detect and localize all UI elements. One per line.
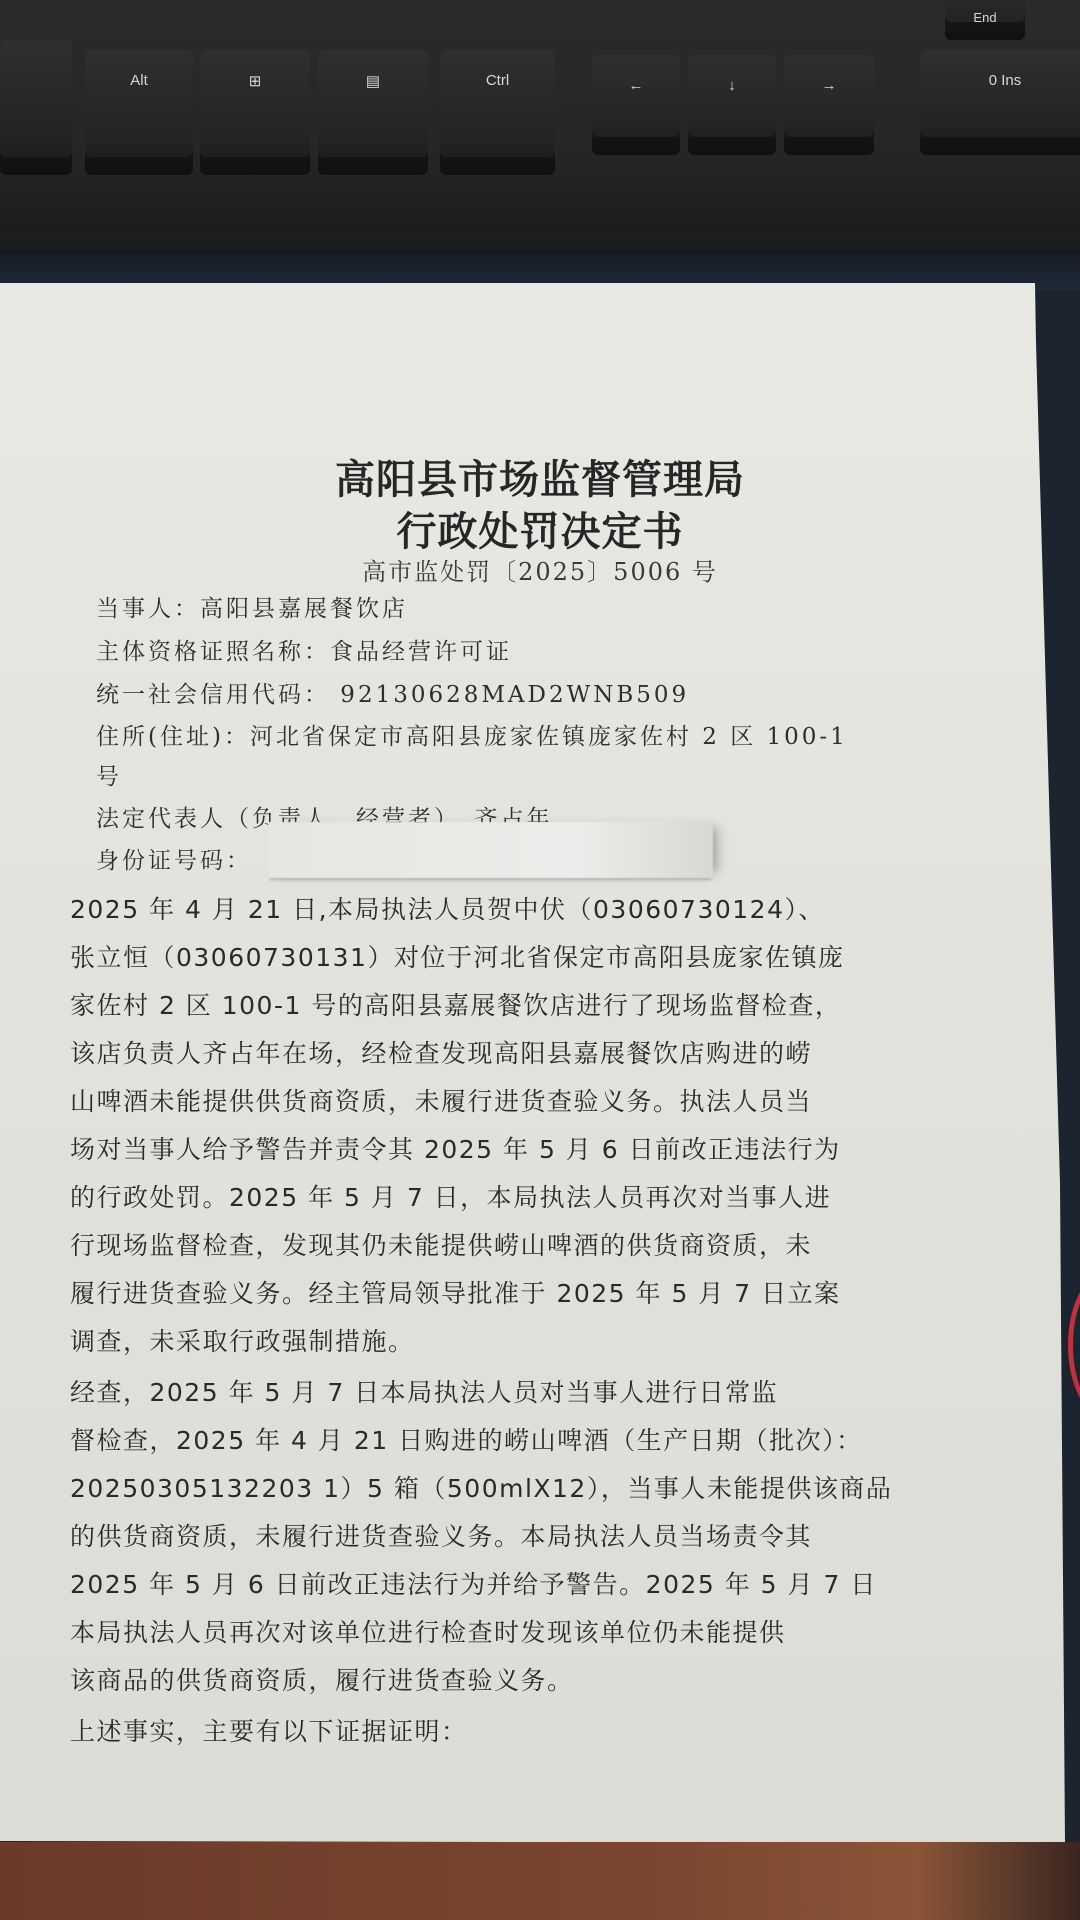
text-line: 行现场监督检查，发现其仍未能提供崂山啤酒的供货商资质，未 (70, 1226, 812, 1262)
key-menu: ▤ (318, 50, 428, 175)
key-arrow-right: → (784, 55, 874, 155)
text-line: 本局执法人员再次对该单位进行检查时发现该单位仍未能提供 (70, 1613, 786, 1649)
text-line: 督检查，2025 年 4 月 21 日购进的崂山啤酒（生产日期（批次）： (70, 1421, 863, 1457)
document-number: 高市监处罚〔2025〕5006 号 (0, 552, 1080, 587)
keyboard: End Alt ⊞ ▤ Ctrl ← ↓ → 0 Ins (0, 0, 1080, 250)
key-arrow-down: ↓ (688, 55, 776, 155)
text-line: 的供货商资质，未履行进货查验义务。本局执法人员当场责令其 (70, 1517, 812, 1553)
text-line: 张立恒（03060730131）对位于河北省保定市高阳县庞家佐镇庞 (70, 938, 844, 974)
field-license-name: 主体资格证照名称：食品经营许可证 (96, 633, 512, 666)
key-windows: ⊞ (200, 50, 310, 175)
key-end: End (945, 0, 1025, 40)
text-line: 该商品的供货商资质，履行进货查验义务。 (70, 1661, 574, 1697)
field-address-cont: 号 (96, 758, 122, 791)
red-seal-stamp-partial (1068, 1275, 1080, 1415)
field-credit-code: 统一社会信用代码： 92130628MAD2WNB509 (96, 676, 689, 709)
text-line: 山啤酒未能提供供货商资质，未履行进货查验义务。执法人员当 (70, 1082, 812, 1118)
paragraph-evidence-intro: 上述事实，主要有以下证据证明： (70, 1712, 468, 1748)
text-line: 的行政处罚。2025 年 5 月 7 日，本局执法人员再次对当事人进 (70, 1178, 831, 1214)
field-party: 当事人：高阳县嘉展餐饮店 (96, 590, 408, 623)
field-id-number-label: 身份证号码： (96, 842, 252, 875)
text-line: 场对当事人给予警告并责令其 2025 年 5 月 6 日前改正违法行为 (70, 1130, 841, 1166)
document-title: 行政处罚决定书 (0, 500, 1080, 557)
text-line: 20250305132203 1）5 箱（500mlX12），当事人未能提供该商… (70, 1469, 892, 1505)
key-arrow-left: ← (592, 55, 680, 155)
text-line: 经查，2025 年 5 月 7 日本局执法人员对当事人进行日常监 (70, 1373, 778, 1409)
text-line: 履行进货查验义务。经主管局领导批准于 2025 年 5 月 7 日立案 (70, 1274, 841, 1310)
issuer-title: 高阳县市场监督管理局 (0, 448, 1080, 505)
field-address: 住所(住址)：河北省保定市高阳县庞家佐镇庞家佐村 2 区 100-1 (96, 718, 848, 751)
text-line: 2025 年 4 月 21 日,本局执法人员贺中伏（03060730124）、 (70, 890, 825, 926)
key-left-blank (0, 40, 72, 175)
redacted-id-number (268, 822, 713, 878)
text-line: 调查，未采取行政强制措施。 (70, 1322, 415, 1358)
text-line: 家佐村 2 区 100-1 号的高阳县嘉展餐饮店进行了现场监督检查， (70, 986, 841, 1022)
key-alt: Alt (85, 50, 193, 175)
key-insert-0: 0 Ins (920, 50, 1080, 155)
text-line: 该店负责人齐占年在场，经检查发现高阳县嘉展餐饮店购进的崂 (70, 1034, 812, 1070)
text-line: 2025 年 5 月 6 日前改正违法行为并给予警告。2025 年 5 月 7 … (70, 1565, 877, 1601)
key-ctrl: Ctrl (440, 50, 555, 175)
wooden-table (0, 1842, 1080, 1920)
